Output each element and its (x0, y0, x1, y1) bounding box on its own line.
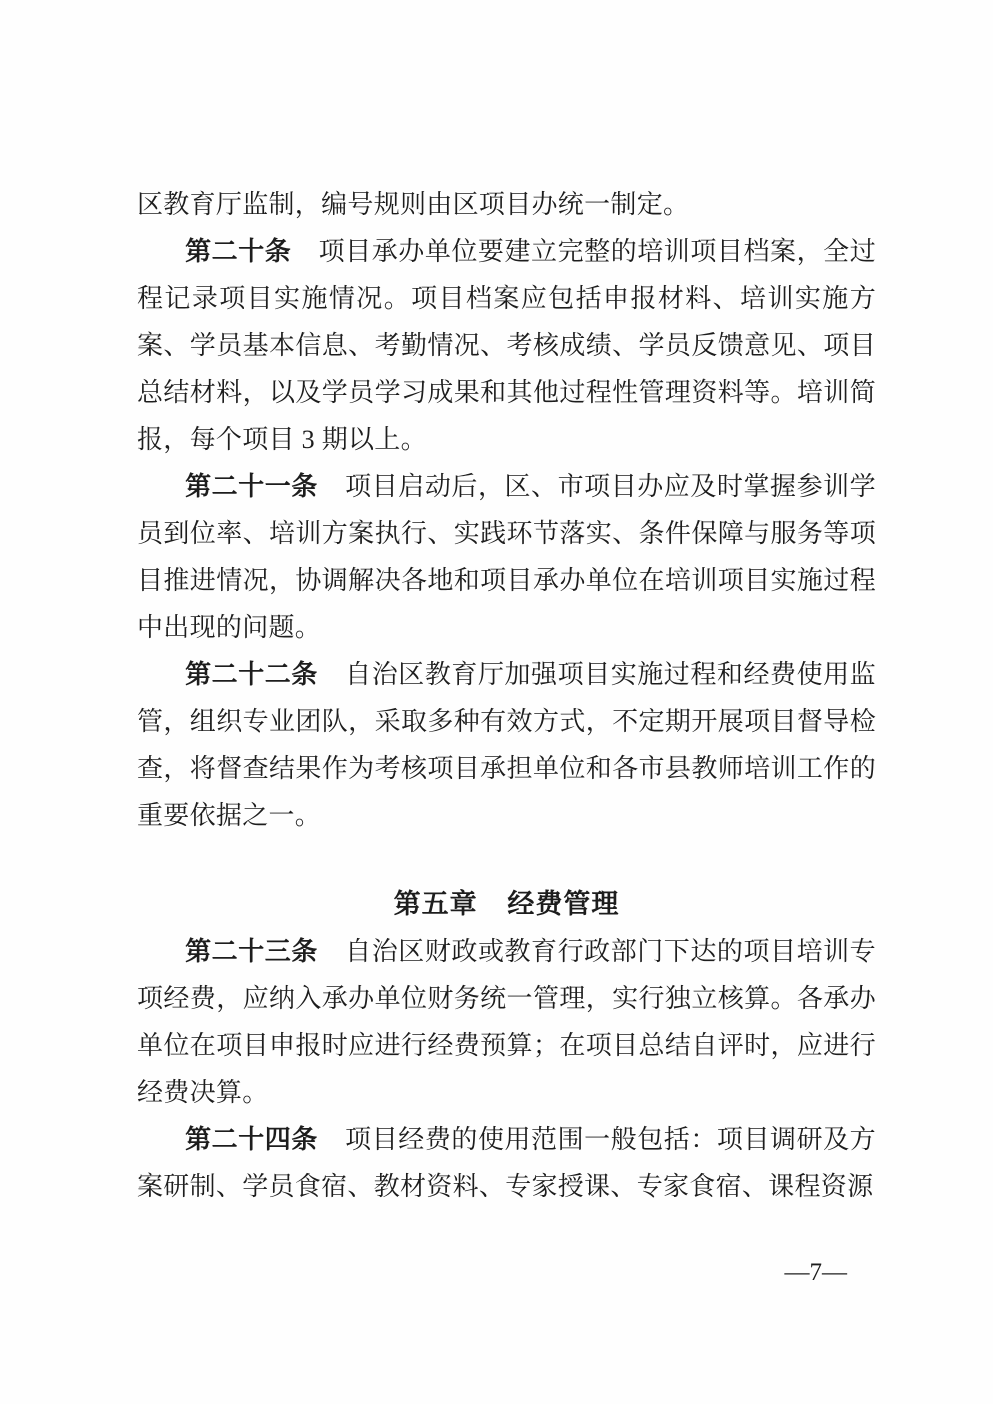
article-21-number: 第二十一条 (185, 472, 318, 501)
article-20-paragraph: 第二十条项目承办单位要建立完整的培训项目档案，全过程记录项目实施情况。项目档案应… (137, 228, 876, 463)
article-20-number: 第二十条 (185, 237, 291, 266)
article-23-paragraph: 第二十三条自治区财政或教育行政部门下达的项目培训专项经费，应纳入承办单位财务统一… (137, 928, 876, 1116)
article-20-text: 项目承办单位要建立完整的培训项目档案，全过程记录项目实施情况。项目档案应包括申报… (137, 237, 876, 454)
paragraph-continuation: 区教育厅监制，编号规则由区项目办统一制定。 (137, 181, 876, 228)
chapter-5-title: 经费管理 (507, 889, 619, 919)
article-21-paragraph: 第二十一条项目启动后，区、市项目办应及时掌握参训学员到位率、培训方案执行、实践环… (137, 463, 876, 651)
page-number: —7— (785, 1256, 848, 1290)
article-23-number: 第二十三条 (185, 937, 318, 966)
article-24-paragraph: 第二十四条项目经费的使用范围一般包括：项目调研及方案研制、学员食宿、教材资料、专… (137, 1116, 876, 1210)
paragraph-continuation-text: 区教育厅监制，编号规则由区项目办统一制定。 (137, 190, 689, 219)
article-22-paragraph: 第二十二条自治区教育厅加强项目实施过程和经费使用监管，组织专业团队，采取多种有效… (137, 651, 876, 839)
article-24-number: 第二十四条 (185, 1125, 318, 1154)
chapter-5-number: 第五章 (394, 889, 478, 919)
chapter-5-heading: 第五章经费管理 (137, 881, 876, 928)
document-page: 区教育厅监制，编号规则由区项目办统一制定。 第二十条项目承办单位要建立完整的培训… (0, 0, 993, 1404)
article-22-number: 第二十二条 (185, 660, 318, 689)
text-block: 区教育厅监制，编号规则由区项目办统一制定。 第二十条项目承办单位要建立完整的培训… (137, 181, 876, 1210)
